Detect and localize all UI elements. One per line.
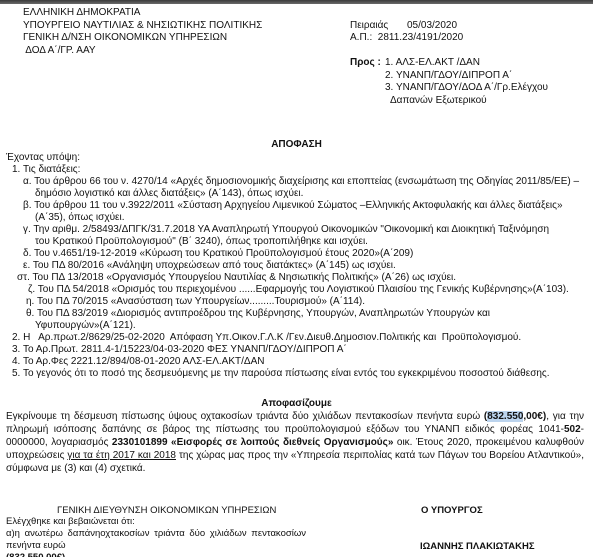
reference-item: 5. Το γεγονός ότι το ποσό της δεσμευόμεν… (6, 368, 579, 380)
place-date: Πειραιάς05/03/2020 (350, 20, 463, 32)
reference-item: 3. Το Αρ.Πρωτ. 2811.4-1/15223/04-03-2020… (6, 344, 579, 356)
provision-item: στ. Του ΠΔ 13/2018 «Οργανισμός Υπουργείο… (6, 272, 579, 284)
decision-paragraph: Εγκρίνουμε τη δέσμευση πίστωσης ύψους οχ… (6, 410, 584, 475)
provision-item: α. Του άρθρου 66 του ν. 4270/14 «Αρχές δ… (6, 176, 579, 188)
recipient-item: Δαπανών Εξωτερικού (350, 95, 548, 108)
provision-item: β. Του άρθρου 11 του ν.3922/2011 «Σύστασ… (6, 200, 579, 212)
decision-text: Εγκρίνουμε τη δέσμευση πίστωσης ύψους οχ… (6, 411, 480, 422)
issuer-line: ΥΠΟΥΡΓΕΙΟ ΝΑΥΤΙΛΙΑΣ & ΝΗΣΙΩΤΙΚΗΣ ΠΟΛΙΤΙΚ… (23, 20, 262, 33)
verification-line: α)η ανωτέρω δαπάνηοχτακοσίων τριάντα δύο… (6, 528, 306, 552)
amount-selection-highlight[interactable]: 832.550 (487, 411, 523, 422)
document-title: ΑΠΟΦΑΣΗ (0, 139, 593, 151)
window-top-bar (0, 0, 593, 4)
considering-label: Έχοντας υπόψη: (6, 152, 579, 164)
provision-item: δ. Του ν.4651/19-12-2019 «Κύρωση του Κρα… (6, 248, 579, 260)
issuer-line: ΔΟΔ Α΄/ΓΡ. ΑΑΥ (23, 45, 262, 58)
issuer-line: ΕΛΛΗΝΙΚΗ ΔΗΜΟΚΡΑΤΙΑ (23, 7, 262, 20)
recipient-item: 2. ΥΝΑΝΠ/ΓΔΟΥ/ΔΙΠΡΟΠ Α΄ (350, 70, 548, 83)
provision-item: δημόσιο λογιστικό και άλλες διατάξεις» (… (6, 188, 579, 200)
recipients-label: Προς : (350, 57, 385, 69)
protocol-number: Α.Π.: 2811.23/4191/2020 (350, 32, 463, 44)
issuer-line: ΓΕΝΙΚΗ Δ/ΝΣΗ ΟΙΚΟΝΟΜΙΚΩΝ ΥΠΗΡΕΣΙΩΝ (23, 32, 262, 45)
provision-item: του Κρατικού Προϋπολογισμού" (Β΄ 3240), … (6, 236, 579, 248)
account-number: 2330101899 (112, 437, 168, 448)
provision-item: ζ. Του ΠΔ 54/2018 «Ορισμός του περιεχομέ… (6, 284, 579, 296)
considerations: Έχοντας υπόψη: 1. Τις διατάξεις: α. Του … (6, 152, 579, 380)
place: Πειραιάς (350, 20, 407, 32)
years-underlined: για τα έτη 2017 και 2018 (67, 450, 176, 461)
amount[interactable]: (832.550,00€) (484, 411, 546, 422)
provision-item: (Α΄35), όπως ισχύει. (6, 212, 579, 224)
verification-line: Ελέγχθηκε και βεβαιώνεται ότι: (6, 516, 306, 528)
verification-amount: (832.550,00€) (6, 552, 306, 557)
provisions-heading: 1. Τις διατάξεις: (6, 164, 579, 176)
minister-name: ΙΩΑΝΝΗΣ ΠΛΑΚΙΩΤΑΚΗΣ (420, 541, 535, 553)
provision-item: η. Του ΠΔ 70/2015 «Ανασύσταση των Υπουργ… (6, 296, 579, 308)
recipients-block: Προς :1. ΑΛΣ-ΕΛ.ΑΚΤ /ΔΑΝ 2. ΥΝΑΝΠ/ΓΔΟΥ/Δ… (350, 57, 548, 107)
minister-title: Ο ΥΠΟΥΡΓΟΣ (421, 505, 483, 517)
date: 05/03/2020 (407, 20, 457, 31)
document-meta: Πειραιάς05/03/2020 Α.Π.: 2811.23/4191/20… (350, 20, 463, 44)
provision-item: γ. Την αριθμ. 2/58493/ΔΠΓΚ/31.7.2018 ΥΑ … (6, 224, 579, 236)
provision-item: θ. Του ΠΔ 83/2019 «Διορισμός αντιπροέδρο… (6, 308, 579, 320)
reference-item: 4. Το Αρ.Φες 2221.12/894/08-01-2020 ΑΛΣ-… (6, 356, 579, 368)
reference-item: 2. Η Αρ.πρωτ.2/8629/25-02-2020 Απόφαση Υ… (6, 332, 579, 344)
special-entity-code: 502 (564, 424, 581, 435)
provision-item: ε. Του ΠΔ 80/2016 «Ανάληψη υποχρεώσεων α… (6, 260, 579, 272)
issuer-header: ΕΛΛΗΝΙΚΗ ΔΗΜΟΚΡΑΤΙΑ ΥΠΟΥΡΓΕΙΟ ΝΑΥΤΙΛΙΑΣ … (23, 7, 262, 57)
recipient-item: 1. ΑΛΣ-ΕΛ.ΑΚΤ /ΔΑΝ (385, 57, 480, 68)
recipient-item: 3. ΥΝΑΝΠ/ΓΔΟΥ/ΔΟΔ Α΄/Γρ.Ελέγχου (350, 82, 548, 95)
provision-item: Υφυπουργών»(Α΄121). (6, 320, 579, 332)
decision-heading: Αποφασίζουμε (0, 398, 593, 410)
account-name: «Εισφορές σε λοιπούς διεθνείς Οργανισμού… (168, 437, 394, 448)
verification-block: Ελέγχθηκε και βεβαιώνεται ότι: α)η ανωτέ… (6, 516, 306, 557)
